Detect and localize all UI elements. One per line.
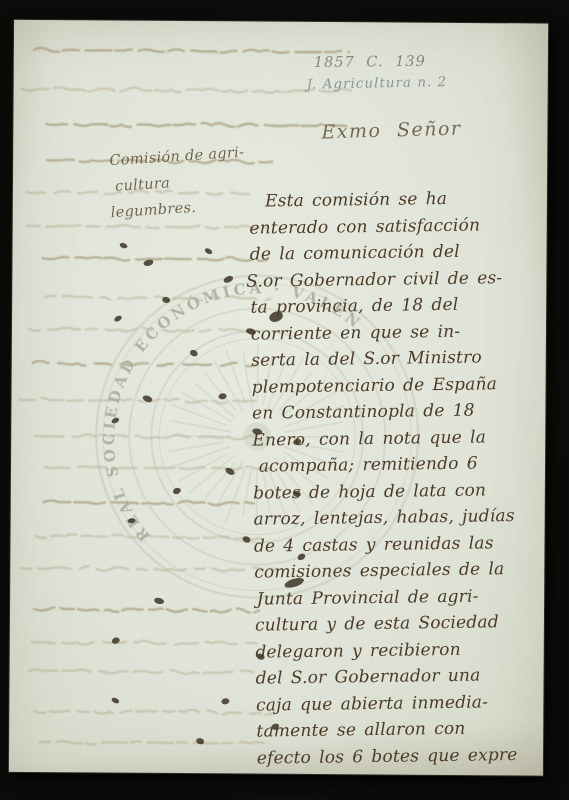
manuscript-line: efecto los 6 botes que expre [257,741,548,772]
salutation: Exmo Señor [321,118,462,144]
manuscript-line: serta la del S.or Ministro [251,344,548,375]
manuscript-line: cultura y de esta Sociedad [255,608,548,639]
archival-catalog-annotation: 1857 C. 139 [314,54,426,71]
archival-series-annotation: J. Agricultura n. 2 [307,74,448,93]
manuscript-page: REAL SOCIEDAD ECONÓMICA · VALENCIA 1857 … [9,20,548,776]
manuscript-line: de 4 castas y reunidas las [254,529,548,560]
manuscript-line: Junta Provincial de agri- [256,582,548,613]
manuscript-line: del S.or Gobernador una [256,661,549,692]
manuscript-line: acompaña; remitiendo 6 [259,449,549,480]
manuscript-line: comisiones especiales de la [254,555,548,586]
manuscript-line: plempotenciario de España [251,370,548,401]
manuscript-line: delegaron y recibieron [255,635,548,666]
manuscript-line: tamente se allaron con [256,714,548,745]
manuscript-line: corriente en que se in- [251,317,548,348]
manuscript-line: enterado con satisfacción [249,211,548,242]
letter-body: Esta comisión se ha enterado con satisfa… [249,185,548,772]
manuscript-line: S.or Gobernador civil de es- [246,264,548,295]
manuscript-line: Esta comisión se ha [265,185,548,215]
manuscript-line: de la comunicación del [250,238,548,269]
manuscript-line: Enero, con la nota que la [252,423,548,454]
manuscript-line: en Constantinopla de 18 [252,396,548,427]
manuscript-line: botes de hoja de lata con [253,476,548,507]
manuscript-line: ta provincia, de 18 del [250,291,548,322]
scan-background: REAL SOCIEDAD ECONÓMICA · VALENCIA 1857 … [0,0,569,800]
manuscript-line: arroz, lentejas, habas, judías [253,502,548,533]
manuscript-line: caja que abierta inmedia- [256,688,548,719]
